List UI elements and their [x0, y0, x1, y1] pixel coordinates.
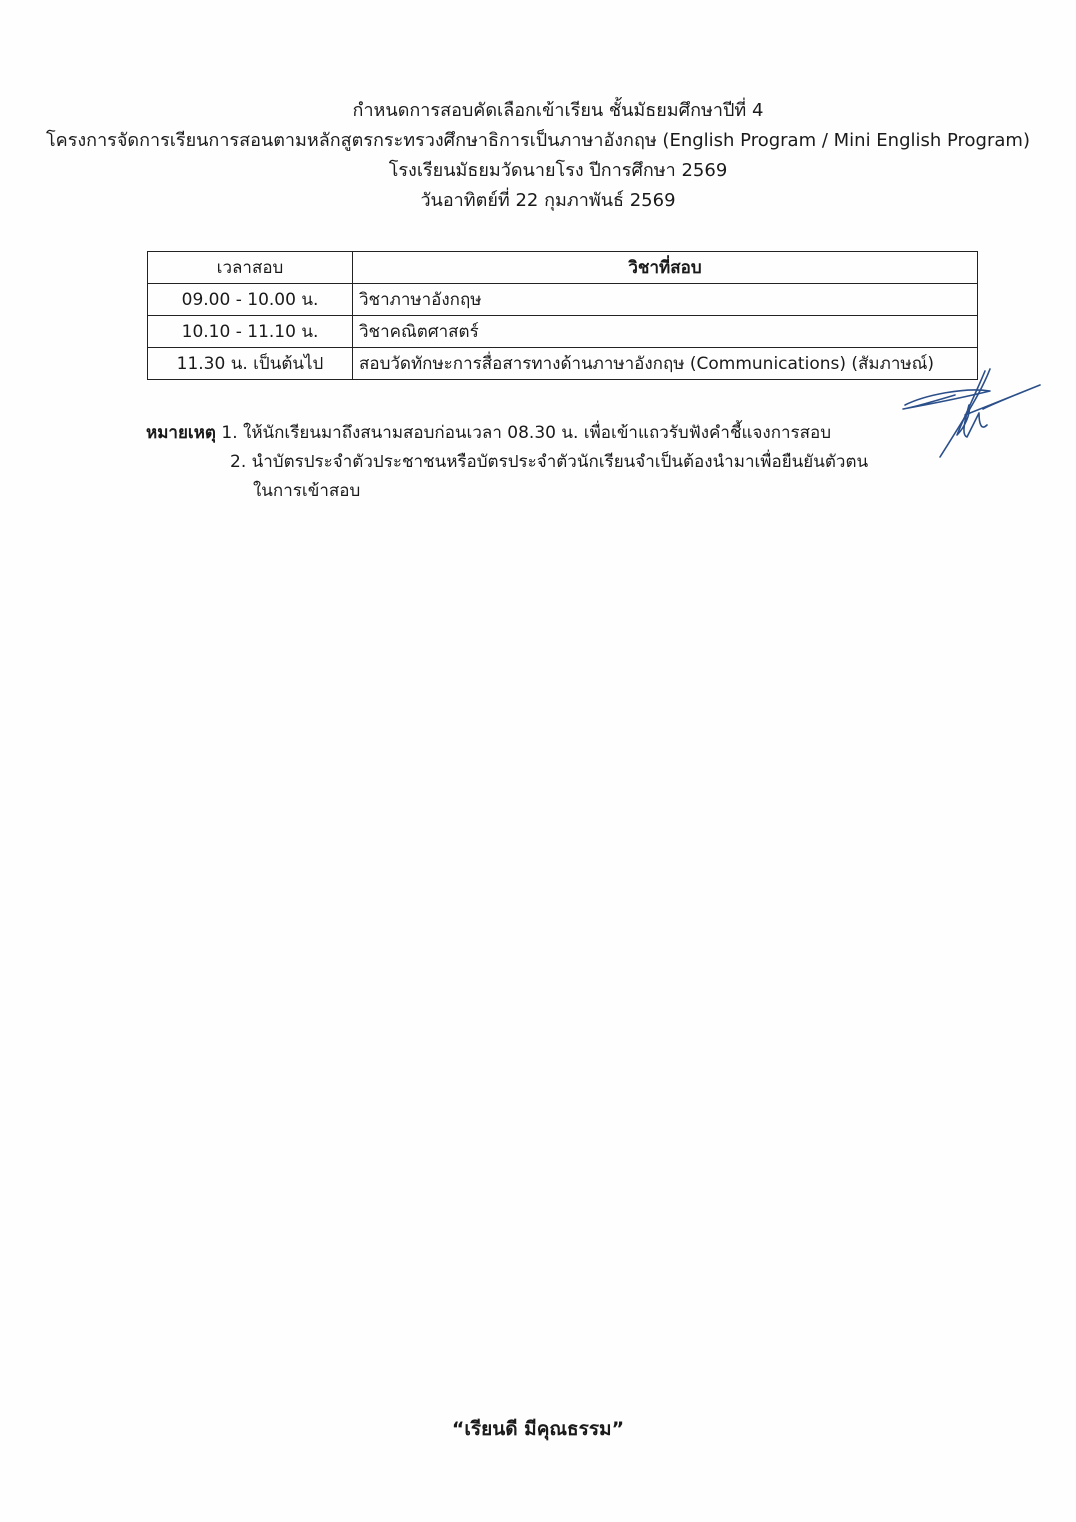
exam-time: 10.10 - 11.10 น.	[148, 316, 353, 348]
header-title: กำหนดการสอบคัดเลือกเข้าเรียน ชั้นมัธยมศึ…	[40, 96, 1076, 126]
table-header-row: เวลาสอบ วิชาที่สอบ	[148, 252, 978, 284]
header-program: โครงการจัดการเรียนการสอนตามหลักสูตรกระทร…	[0, 126, 1076, 156]
exam-subject: สอบวัดทักษะการสื่อสารทางด้านภาษาอังกฤษ (…	[353, 348, 978, 380]
table-row: 09.00 - 10.00 น. วิชาภาษาอังกฤษ	[148, 284, 978, 316]
school-motto: “เรียนดี มีคุณธรรม”	[0, 1414, 1076, 1444]
exam-time: 09.00 - 10.00 น.	[148, 284, 353, 316]
exam-schedule-table: เวลาสอบ วิชาที่สอบ 09.00 - 10.00 น. วิชา…	[147, 251, 978, 380]
header-school: โรงเรียนมัธยมวัดนายโรง ปีการศึกษา 2569	[40, 156, 1076, 186]
note-text: 1. ให้นักเรียนมาถึงสนามสอบก่อนเวลา 08.30…	[221, 423, 831, 443]
note-item-1: หมายเหตุ 1. ให้นักเรียนมาถึงสนามสอบก่อนเ…	[146, 419, 868, 448]
exam-subject: วิชาคณิตศาสตร์	[353, 316, 978, 348]
exam-time: 11.30 น. เป็นต้นไป	[148, 348, 353, 380]
column-header-subject: วิชาที่สอบ	[353, 252, 978, 284]
table-row: 10.10 - 11.10 น. วิชาคณิตศาสตร์	[148, 316, 978, 348]
document-header: กำหนดการสอบคัดเลือกเข้าเรียน ชั้นมัธยมศึ…	[0, 96, 1076, 216]
column-header-time: เวลาสอบ	[148, 252, 353, 284]
notes-section: หมายเหตุ 1. ให้นักเรียนมาถึงสนามสอบก่อนเ…	[146, 419, 868, 506]
note-item-2-continued: ในการเข้าสอบ	[146, 477, 868, 506]
table-row: 11.30 น. เป็นต้นไป สอบวัดทักษะการสื่อสาร…	[148, 348, 978, 380]
notes-label: หมายเหตุ	[146, 423, 216, 443]
document-page: กำหนดการสอบคัดเลือกเข้าเรียน ชั้นมัธยมศึ…	[0, 0, 1076, 1522]
exam-subject: วิชาภาษาอังกฤษ	[353, 284, 978, 316]
header-date: วันอาทิตย์ที่ 22 กุมภาพันธ์ 2569	[20, 186, 1076, 216]
note-item-2: 2. นำบัตรประจำตัวประชาชนหรือบัตรประจำตัว…	[146, 448, 868, 477]
signature-icon	[895, 365, 1045, 465]
